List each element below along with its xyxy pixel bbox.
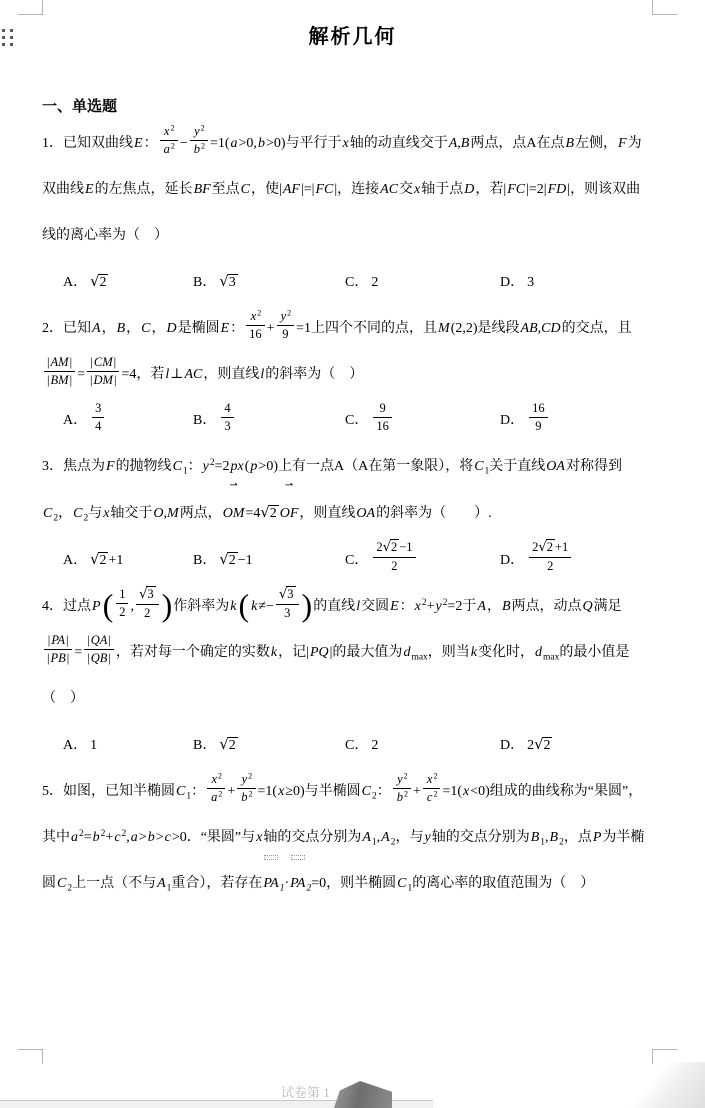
math-text: | xyxy=(114,355,117,369)
option-content: 34 xyxy=(90,398,106,444)
vector: ⇀OM xyxy=(222,491,246,537)
math-text: 2 xyxy=(99,275,106,290)
option-content: √2+1 xyxy=(90,537,123,584)
option-label: B． xyxy=(193,538,216,584)
math-text: 2 xyxy=(371,275,378,290)
math-text: ，则直线 xyxy=(203,367,259,382)
square-root: √2 xyxy=(260,490,278,537)
math-text: | xyxy=(67,651,70,665)
math-text: 3 xyxy=(287,587,293,601)
option-label: A． xyxy=(63,260,87,306)
math-variable: x xyxy=(462,784,470,799)
math-text: 2 xyxy=(270,506,277,521)
denominator: 16 xyxy=(246,326,265,342)
superscript: 2 xyxy=(201,142,205,151)
option-content: 3 xyxy=(527,260,534,306)
math-text: 对称得到 xyxy=(566,459,622,474)
math-text: | xyxy=(114,373,117,387)
superscript: 2 xyxy=(170,124,174,133)
math-text: > xyxy=(156,830,164,845)
option: B．√2 xyxy=(193,722,345,769)
math-text: 3．焦点为 xyxy=(42,459,105,474)
option: D．3 xyxy=(500,260,534,306)
math-text: 是椭圆 xyxy=(178,321,220,336)
math-text: 16 xyxy=(249,327,262,341)
math-variable: PQ xyxy=(309,645,330,660)
option-label: C． xyxy=(345,398,368,444)
big-paren: ) xyxy=(301,587,314,623)
option: C．2√2−12 xyxy=(345,538,500,584)
numerator: |CM| xyxy=(87,355,119,372)
radicand: 2 xyxy=(228,552,238,568)
denominator: |BM| xyxy=(44,372,75,388)
vector-body: OF xyxy=(280,506,299,521)
math-variable: OA xyxy=(355,506,376,521)
denominator: |PB| xyxy=(44,650,72,666)
math-variable: C xyxy=(42,506,53,521)
numerator: √3 xyxy=(136,587,159,605)
math-text: 交 xyxy=(399,182,413,197)
math-text: (2,2)是线段 xyxy=(451,321,520,336)
denominator: a2 xyxy=(207,789,225,805)
math-variable: BF xyxy=(193,182,212,197)
margin-mark-top-right-icon xyxy=(652,0,677,15)
math-variable: A xyxy=(156,876,167,891)
math-text: 轴的动直线交于 xyxy=(350,136,448,151)
math-text: | xyxy=(108,633,111,647)
subscript: max xyxy=(411,652,427,662)
math-text: 左侧， xyxy=(575,136,617,151)
math-variable: AF xyxy=(282,182,301,197)
math-variable: px xyxy=(230,459,245,474)
vector: PA2 xyxy=(289,861,311,907)
vector-arrow-icon xyxy=(264,855,278,860)
fraction: y2b2 xyxy=(393,772,411,805)
math-variable: y xyxy=(241,772,249,786)
math-variable: b xyxy=(240,790,248,804)
math-variable: B xyxy=(116,321,127,336)
math-text: 9 xyxy=(379,401,385,415)
math-text: =4，若 xyxy=(121,367,164,382)
math-text: ⊥ xyxy=(170,367,183,382)
fraction: x2c2 xyxy=(423,772,441,805)
math-text: 2 xyxy=(371,738,378,753)
fraction: y2b2 xyxy=(237,772,255,805)
math-text: 至点 xyxy=(212,182,240,197)
vector-body: OM xyxy=(223,506,245,521)
math-text: = xyxy=(74,645,82,660)
option-label: D． xyxy=(500,260,524,306)
numerator: x2 xyxy=(423,772,441,789)
option: C．916 xyxy=(345,398,500,444)
question: 2．已知A，B，C，D是椭圆E：x216+y29=1上四个不同的点，且M(2,2… xyxy=(42,306,652,444)
option: B．43 xyxy=(193,398,345,444)
option-content: 43 xyxy=(219,398,235,444)
option: B．√3 xyxy=(193,259,345,306)
denominator: 2 xyxy=(529,558,571,574)
math-text: + xyxy=(413,784,421,799)
fraction: 12 xyxy=(116,587,128,620)
math-variable: y xyxy=(435,599,443,614)
radicand: 3 xyxy=(146,586,155,601)
numerator: y2 xyxy=(190,124,208,141)
math-text: −1 xyxy=(238,553,253,568)
subscript: max xyxy=(543,652,559,662)
denominator: b2 xyxy=(190,141,208,157)
math-text: 的抛物线 xyxy=(116,459,172,474)
math-variable: d xyxy=(534,645,543,660)
math-variable: y xyxy=(423,830,431,845)
math-variable: P xyxy=(592,830,603,845)
option-content: 1 xyxy=(90,723,97,769)
radicand: 2 xyxy=(546,539,555,554)
denominator: 16 xyxy=(373,418,392,434)
numerator: |PA| xyxy=(44,633,72,650)
math-variable: k xyxy=(270,645,278,660)
math-text: |的最大值为 xyxy=(330,645,403,660)
superscript: 2 xyxy=(404,790,408,799)
fraction: y29 xyxy=(277,309,295,342)
fraction: 43 xyxy=(221,401,233,434)
math-text: ， xyxy=(102,321,116,336)
math-variable: b xyxy=(193,142,201,156)
math-variable: A xyxy=(91,321,102,336)
denominator: 2 xyxy=(136,605,159,621)
square-root: √3 xyxy=(279,587,296,603)
fraction: 169 xyxy=(529,401,548,434)
option: C．2 xyxy=(345,260,500,306)
option: D．2√2+12 xyxy=(500,538,573,584)
math-text: =1上四个不同的点，且 xyxy=(296,321,437,336)
numerator: 2√2+1 xyxy=(529,540,571,558)
vector-wrap: ⇀OM xyxy=(222,491,246,537)
vector: PA1 xyxy=(262,861,284,907)
corner-curl-shade-icon xyxy=(625,1062,705,1108)
math-variable: C xyxy=(56,876,67,891)
math-text: 4 xyxy=(95,419,101,433)
math-variable: B xyxy=(501,599,512,614)
math-variable: a xyxy=(163,142,171,156)
math-variable: AB,CD xyxy=(520,321,562,336)
math-variable: C xyxy=(240,182,251,197)
numerator: x2 xyxy=(160,124,178,141)
math-text: 4．过点 xyxy=(42,599,91,614)
math-variable: x xyxy=(342,136,350,151)
option-label: D． xyxy=(500,723,524,769)
denominator: 2 xyxy=(373,558,415,574)
math-text: 2 xyxy=(547,559,553,573)
math-variable: C xyxy=(140,321,151,336)
math-variable: x xyxy=(210,772,218,786)
math-text: >0)与平行于 xyxy=(266,136,342,151)
denominator: b2 xyxy=(393,789,411,805)
math-text: = xyxy=(77,367,85,382)
math-text: 的直线 xyxy=(313,599,355,614)
math-variable: AC xyxy=(183,367,203,382)
option-content: √3 xyxy=(219,259,237,306)
math-variable: FC xyxy=(314,182,334,197)
math-text: 交圆 xyxy=(361,599,389,614)
math-text: 1 xyxy=(90,738,97,753)
option-label: C． xyxy=(345,538,368,584)
radicand: 2 xyxy=(228,737,238,753)
math-text: ，则当 xyxy=(428,645,470,660)
numerator: |AM| xyxy=(44,355,75,372)
math-text: =4 xyxy=(245,506,260,521)
math-text: 2 xyxy=(99,553,106,568)
math-text: | xyxy=(70,355,73,369)
math-variable: Q xyxy=(582,599,594,614)
superscript: 2 xyxy=(218,772,222,781)
options-row: A．√2+1B．√2−1C．2√2−12D．2√2+12 xyxy=(42,537,652,584)
math-text: 重合），若存在 xyxy=(171,876,262,891)
superscript: 2 xyxy=(201,124,205,133)
fraction: x2a2 xyxy=(207,772,225,805)
option-content: 2 xyxy=(371,260,378,306)
math-text: 3 xyxy=(229,275,236,290)
option-content: 916 xyxy=(371,398,394,444)
option: A．1 xyxy=(63,723,193,769)
option: A．√2+1 xyxy=(63,537,193,584)
math-text: 与 xyxy=(88,506,102,521)
math-text: 轴于点 xyxy=(421,182,463,197)
math-text: ，使| xyxy=(251,182,282,197)
math-variable: b xyxy=(92,830,101,845)
options-row: A．34B．43C．916D．169 xyxy=(42,398,652,444)
math-text: =2于 xyxy=(447,599,476,614)
document-content: 一、单选题 1．已知双曲线E：x2a2−y2b2=1(a>0,b>0)与平行于x… xyxy=(42,93,652,907)
numerator: y2 xyxy=(237,772,255,789)
numerator: |QA| xyxy=(84,633,114,650)
vector: ⇀OF xyxy=(279,491,300,537)
margin-mark-bottom-left-icon xyxy=(18,1049,43,1064)
denominator: |QB| xyxy=(84,650,114,666)
math-text: 3 xyxy=(147,587,153,601)
footer-label: 试卷第 xyxy=(281,1085,320,1100)
question-list: 1．已知双曲线E：x2a2−y2b2=1(a>0,b>0)与平行于x轴的动直线交… xyxy=(42,121,652,907)
math-variable: c xyxy=(164,830,172,845)
numerator: 9 xyxy=(373,401,392,418)
math-text: + xyxy=(227,784,235,799)
radicand: 2 xyxy=(98,274,108,290)
math-text: >0, xyxy=(239,136,257,151)
option: A．√2 xyxy=(63,259,193,306)
math-text: | xyxy=(70,373,73,387)
numerator: 1 xyxy=(116,587,128,604)
math-text: 的斜率为（ ）. xyxy=(376,506,492,521)
numerator: y2 xyxy=(393,772,411,789)
square-root: √2 xyxy=(534,722,552,769)
radicand: 2 xyxy=(542,737,552,753)
math-text: = xyxy=(84,830,92,845)
superscript: 2 xyxy=(433,790,437,799)
margin-mark-top-left-icon xyxy=(18,0,43,15)
math-variable: E xyxy=(389,599,400,614)
square-root: √3 xyxy=(219,259,237,306)
question: 1．已知双曲线E：x2a2−y2b2=1(a>0,b>0)与平行于x轴的动直线交… xyxy=(42,121,652,306)
math-variable: x xyxy=(426,772,434,786)
square-root: √2 xyxy=(383,540,400,556)
square-root: √3 xyxy=(139,587,156,603)
math-variable: C xyxy=(72,506,83,521)
math-variable: FC xyxy=(506,182,526,197)
option: D．2√2 xyxy=(500,722,552,769)
math-text: ，记| xyxy=(278,645,309,660)
math-variable: PB xyxy=(50,651,67,665)
math-variable: x xyxy=(414,599,422,614)
fraction: √32 xyxy=(136,587,159,621)
math-text: =1( xyxy=(442,784,462,799)
option-label: D． xyxy=(500,538,524,584)
math-text: ， xyxy=(487,599,501,614)
option-label: A． xyxy=(63,398,87,444)
math-text: |=| xyxy=(301,182,315,197)
option-label: A． xyxy=(63,538,87,584)
math-variable: A xyxy=(476,599,487,614)
radicand: 2 xyxy=(98,552,108,568)
math-variable: x xyxy=(163,124,171,138)
math-text: ： xyxy=(188,459,202,474)
big-paren: ( xyxy=(102,587,115,623)
denominator: 3 xyxy=(221,418,233,434)
math-text: =1( xyxy=(258,784,278,799)
vector-arrow-icon xyxy=(291,855,305,860)
radicand: 3 xyxy=(286,586,295,601)
big-paren: ( xyxy=(237,587,250,623)
numerator: 3 xyxy=(92,401,104,418)
math-text: − xyxy=(180,136,188,151)
option-label: D． xyxy=(500,398,524,444)
vector-arrow-icon: ⇀ xyxy=(222,481,246,491)
math-variable: FD xyxy=(547,182,568,197)
math-text: 两点，动点 xyxy=(512,599,582,614)
math-variable: B xyxy=(564,136,575,151)
page-footer: 试卷第 1 xyxy=(281,1082,330,1101)
fraction: x2a2 xyxy=(160,124,178,157)
math-variable: y xyxy=(193,124,201,138)
footer-page-number: 1 xyxy=(323,1085,330,1100)
superscript: 2 xyxy=(218,790,222,799)
math-text: 的交点，且 xyxy=(562,321,632,336)
math-text: 两点，点A在点 xyxy=(470,136,564,151)
math-text: 1 xyxy=(119,587,125,601)
math-text: 轴的交点分别为 xyxy=(432,830,530,845)
math-variable: P xyxy=(91,599,102,614)
numerator: x2 xyxy=(246,309,265,326)
math-text: 的左焦点，延长 xyxy=(95,182,193,197)
question-body: 3．焦点为F的抛物线C1：y2=2px(p>0)上有一点A（A在第一象限），将C… xyxy=(42,444,652,537)
math-text: 16 xyxy=(376,419,389,433)
superscript: 2 xyxy=(249,790,253,799)
math-text: 的斜率为（ ） xyxy=(265,367,363,382)
option-content: 169 xyxy=(527,398,550,444)
math-text: =1( xyxy=(210,136,230,151)
fraction: |QA||QB| xyxy=(84,633,114,666)
option-content: √2−1 xyxy=(219,537,252,584)
math-text: ，点 xyxy=(564,830,592,845)
square-root: √2 xyxy=(90,259,108,306)
math-text: + xyxy=(427,599,435,614)
math-variable: B xyxy=(549,830,560,845)
radicand: 3 xyxy=(228,274,238,290)
math-text: 9 xyxy=(282,327,288,341)
math-text: 2．已知 xyxy=(42,321,91,336)
math-variable: O,M xyxy=(152,506,179,521)
math-variable: E xyxy=(84,182,95,197)
math-variable: x xyxy=(250,309,258,323)
superscript: 2 xyxy=(433,772,437,781)
fraction: |AM||BM| xyxy=(44,355,75,388)
math-text: 4 xyxy=(224,401,230,415)
math-text: 满足 xyxy=(594,599,622,614)
math-variable: QB xyxy=(90,651,109,665)
vector-wrap: PA xyxy=(262,861,279,907)
math-text: ， xyxy=(126,321,140,336)
math-text: 2 xyxy=(547,540,553,554)
option-content: √2 xyxy=(90,259,108,306)
math-text: =0，则半椭圆 xyxy=(311,876,396,891)
math-text: ： xyxy=(144,136,158,151)
math-text: 2 xyxy=(119,605,125,619)
math-text: |=2| xyxy=(526,182,547,197)
math-text: | xyxy=(66,633,69,647)
math-text: +1 xyxy=(108,553,123,568)
fraction: √33 xyxy=(276,587,299,621)
math-text: 关于直线 xyxy=(489,459,545,474)
math-variable: DM xyxy=(93,373,114,387)
math-text: ，则直线 xyxy=(299,506,355,521)
radicand: 2 xyxy=(269,505,279,521)
superscript: 2 xyxy=(171,142,175,151)
radicand: 2 xyxy=(390,539,399,554)
math-text: −1 xyxy=(399,540,412,554)
math-variable: A,B xyxy=(448,136,471,151)
math-variable: A xyxy=(380,830,391,845)
math-text: ≠− xyxy=(258,599,274,614)
option-label: B． xyxy=(193,723,216,769)
numerator: 2√2−1 xyxy=(373,540,415,558)
vector-wrap: PA xyxy=(289,861,306,907)
numerator: y2 xyxy=(277,309,295,326)
math-text: =2 xyxy=(215,459,230,474)
math-text: 3 xyxy=(224,419,230,433)
drag-handle-icon[interactable] xyxy=(2,29,14,46)
math-text: 3 xyxy=(527,275,534,290)
denominator: |DM| xyxy=(87,372,119,388)
option: D．169 xyxy=(500,398,550,444)
math-text: + xyxy=(267,321,275,336)
option: A．34 xyxy=(63,398,193,444)
math-text: 3 xyxy=(95,401,101,415)
math-variable: c xyxy=(113,830,121,845)
vector-arrow-icon: ⇀ xyxy=(279,481,300,491)
math-variable: y xyxy=(396,772,404,786)
math-text: ，若| xyxy=(475,182,506,197)
math-variable: B xyxy=(530,830,541,845)
math-text: , xyxy=(130,599,134,614)
math-variable: AM xyxy=(50,355,70,369)
option-content: √2 xyxy=(219,722,237,769)
options-row: A．√2B．√3C．2D．3 xyxy=(42,259,652,306)
denominator: 2 xyxy=(116,604,128,620)
math-text: 两点， xyxy=(180,506,222,521)
math-text: 轴交于 xyxy=(110,506,152,521)
math-text: 的离心率的取值范围为（ ） xyxy=(412,876,594,891)
superscript: 2 xyxy=(287,309,291,318)
fraction: |CM||DM| xyxy=(87,355,119,388)
option-label: B． xyxy=(193,398,216,444)
vector-body: PA xyxy=(263,876,278,891)
